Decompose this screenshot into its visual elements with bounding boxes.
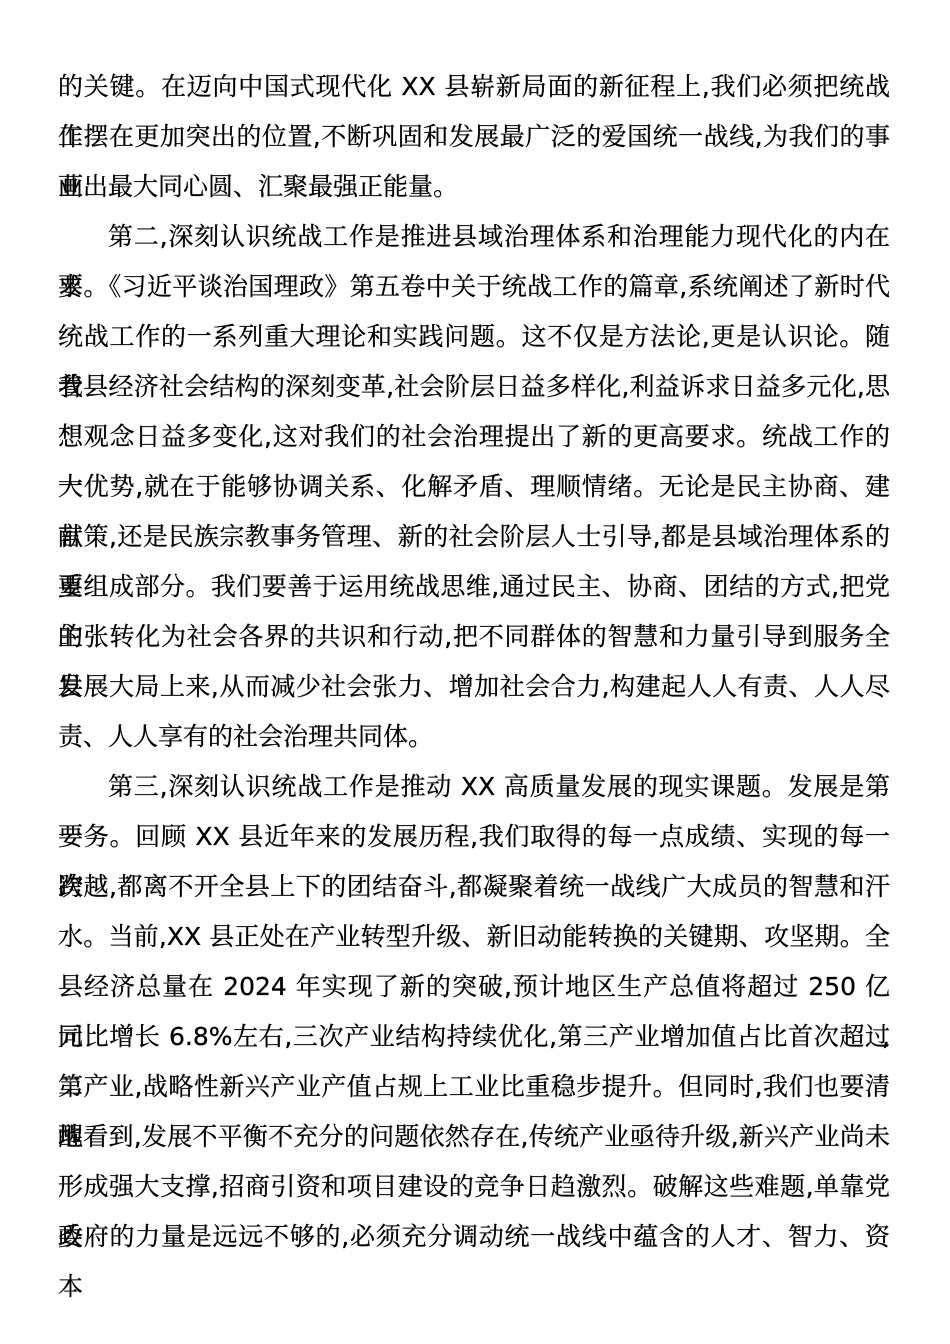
paragraph-1: 的关键。在迈向中国式现代化 XX 县崭新局面的新征程上,我们必须把统战工 作摆在… [58, 62, 890, 212]
text-line: 政府的力量是远远不够的,必须充分调动统一战线中蕴含的人才、智力、资本 [58, 1212, 890, 1262]
paragraph-3: 第三,深刻认识统战工作是推动 XX 高质量发展的现实课题。发展是第一 要务。回顾… [58, 762, 890, 1262]
text-line: 的关键。在迈向中国式现代化 XX 县崭新局面的新征程上,我们必须把统战工 [58, 62, 890, 112]
text-line: 大优势,就在于能够协调关系、化解矛盾、理顺情绪。无论是民主协商、建言 [58, 462, 890, 512]
text-line: 地看到,发展不平衡不充分的问题依然存在,传统产业亟待升级,新兴产业尚未 [58, 1112, 890, 1162]
text-line: 水。当前,XX 县正处在产业转型升级、新旧动能转换的关键期、攻坚期。全 [58, 912, 890, 962]
text-line: 作摆在更加突出的位置,不断巩固和发展最广泛的爱国统一战线,为我们的事业 [58, 112, 890, 162]
text-line: 想观念日益多变化,这对我们的社会治理提出了新的更高要求。统战工作的一 [58, 412, 890, 462]
text-line: 县经济总量在 2024 年实现了新的突破,预计地区生产总值将超过 250 亿元, [58, 962, 890, 1012]
text-line: 献策,还是民族宗教事务管理、新的社会阶层人士引导,都是县域治理体系的重 [58, 512, 890, 562]
text-line: 要务。回顾 XX 县近年来的发展历程,我们取得的每一点成绩、实现的每一次 [58, 812, 890, 862]
text-line: 第三,深刻认识统战工作是推动 XX 高质量发展的现实课题。发展是第一 [58, 762, 890, 812]
text-line: 要组成部分。我们要善于运用统战思维,通过民主、协商、团结的方式,把党的 [58, 562, 890, 612]
text-line: 我县经济社会结构的深刻变革,社会阶层日益多样化,利益诉求日益多元化,思 [58, 362, 890, 412]
text-line: 第二,深刻认识统战工作是推进县域治理体系和治理能力现代化的内在要 [58, 212, 890, 262]
paragraph-2: 第二,深刻认识统战工作是推进县域治理体系和治理能力现代化的内在要 求。《习近平谈… [58, 212, 890, 762]
text-line: 求。《习近平谈治国理政》第五卷中关于统战工作的篇章,系统阐述了新时代 [58, 262, 890, 312]
text-line: 跨越,都离不开全县上下的团结奋斗,都凝聚着统一战线广大成员的智慧和汗 [58, 862, 890, 912]
text-line: 形成强大支撑,招商引资和项目建设的竞争日趋激烈。破解这些难题,单靠党委 [58, 1162, 890, 1212]
text-line: 统战工作的一系列重大理论和实践问题。这不仅是方法论,更是认识论。随着 [58, 312, 890, 362]
document-page: 的关键。在迈向中国式现代化 XX 县崭新局面的新征程上,我们必须把统战工 作摆在… [0, 0, 950, 1344]
text-line: 同比增长 6.8%左右,三次产业结构持续优化,第三产业增加值占比首次超过第 [58, 1012, 890, 1062]
text-line: 主张转化为社会各界的共识和行动,把不同群体的智慧和力量引导到服务全县 [58, 612, 890, 662]
text-line: 责、人人享有的社会治理共同体。 [58, 712, 890, 762]
text-line: 画出最大同心圆、汇聚最强正能量。 [58, 162, 890, 212]
text-line: 二产业,战略性新兴产业产值占规上工业比重稳步提升。但同时,我们也要清醒 [58, 1062, 890, 1112]
text-line: 发展大局上来,从而减少社会张力、增加社会合力,构建起人人有责、人人尽 [58, 662, 890, 712]
